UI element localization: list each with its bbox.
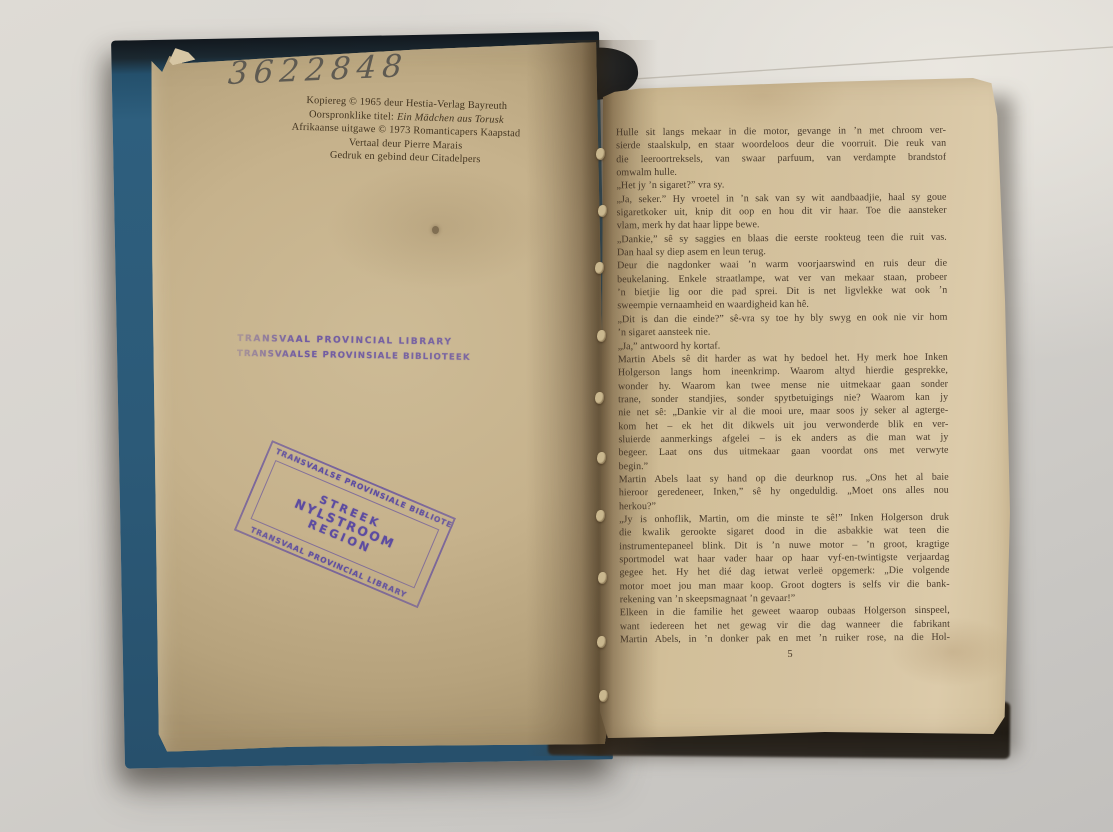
text-line: hieroor geredeneer, Inken,” sê hy ongedu… bbox=[619, 484, 949, 500]
text-line: „Dankie,” sê sy saggies en blaas die eer… bbox=[617, 230, 947, 246]
library-ownership-stamp: TRANSVAAL PROVINCIAL LIBRARY TRANSVAALSE… bbox=[237, 332, 487, 366]
text-line: die leeroortreksels, van swaar parfuum, … bbox=[616, 150, 946, 166]
paper-speck bbox=[432, 226, 439, 234]
text-line: begeer. Laat ons dus uitmekaar gaan voor… bbox=[618, 444, 948, 460]
photo-scene: 3622848 Kopiereg © 1965 deur Hestia-Verl… bbox=[0, 0, 1113, 832]
copyright-block: Kopiereg © 1965 deur Hestia-Verlag Bayre… bbox=[237, 92, 575, 170]
original-title: Ein Mädchen aus Torusk bbox=[397, 111, 504, 125]
text-line: motor moet jou man maar koop. Groot dogt… bbox=[620, 577, 950, 593]
body-text: Hulle sit langs mekaar in die motor, gev… bbox=[616, 124, 950, 647]
text-line: Martin Abels, in ’n donker pak en met ’n… bbox=[620, 631, 950, 647]
text-line: „Dit is dan die einde?” sê-vra sy toe hy… bbox=[617, 311, 947, 327]
page-number: 5 bbox=[778, 649, 802, 660]
